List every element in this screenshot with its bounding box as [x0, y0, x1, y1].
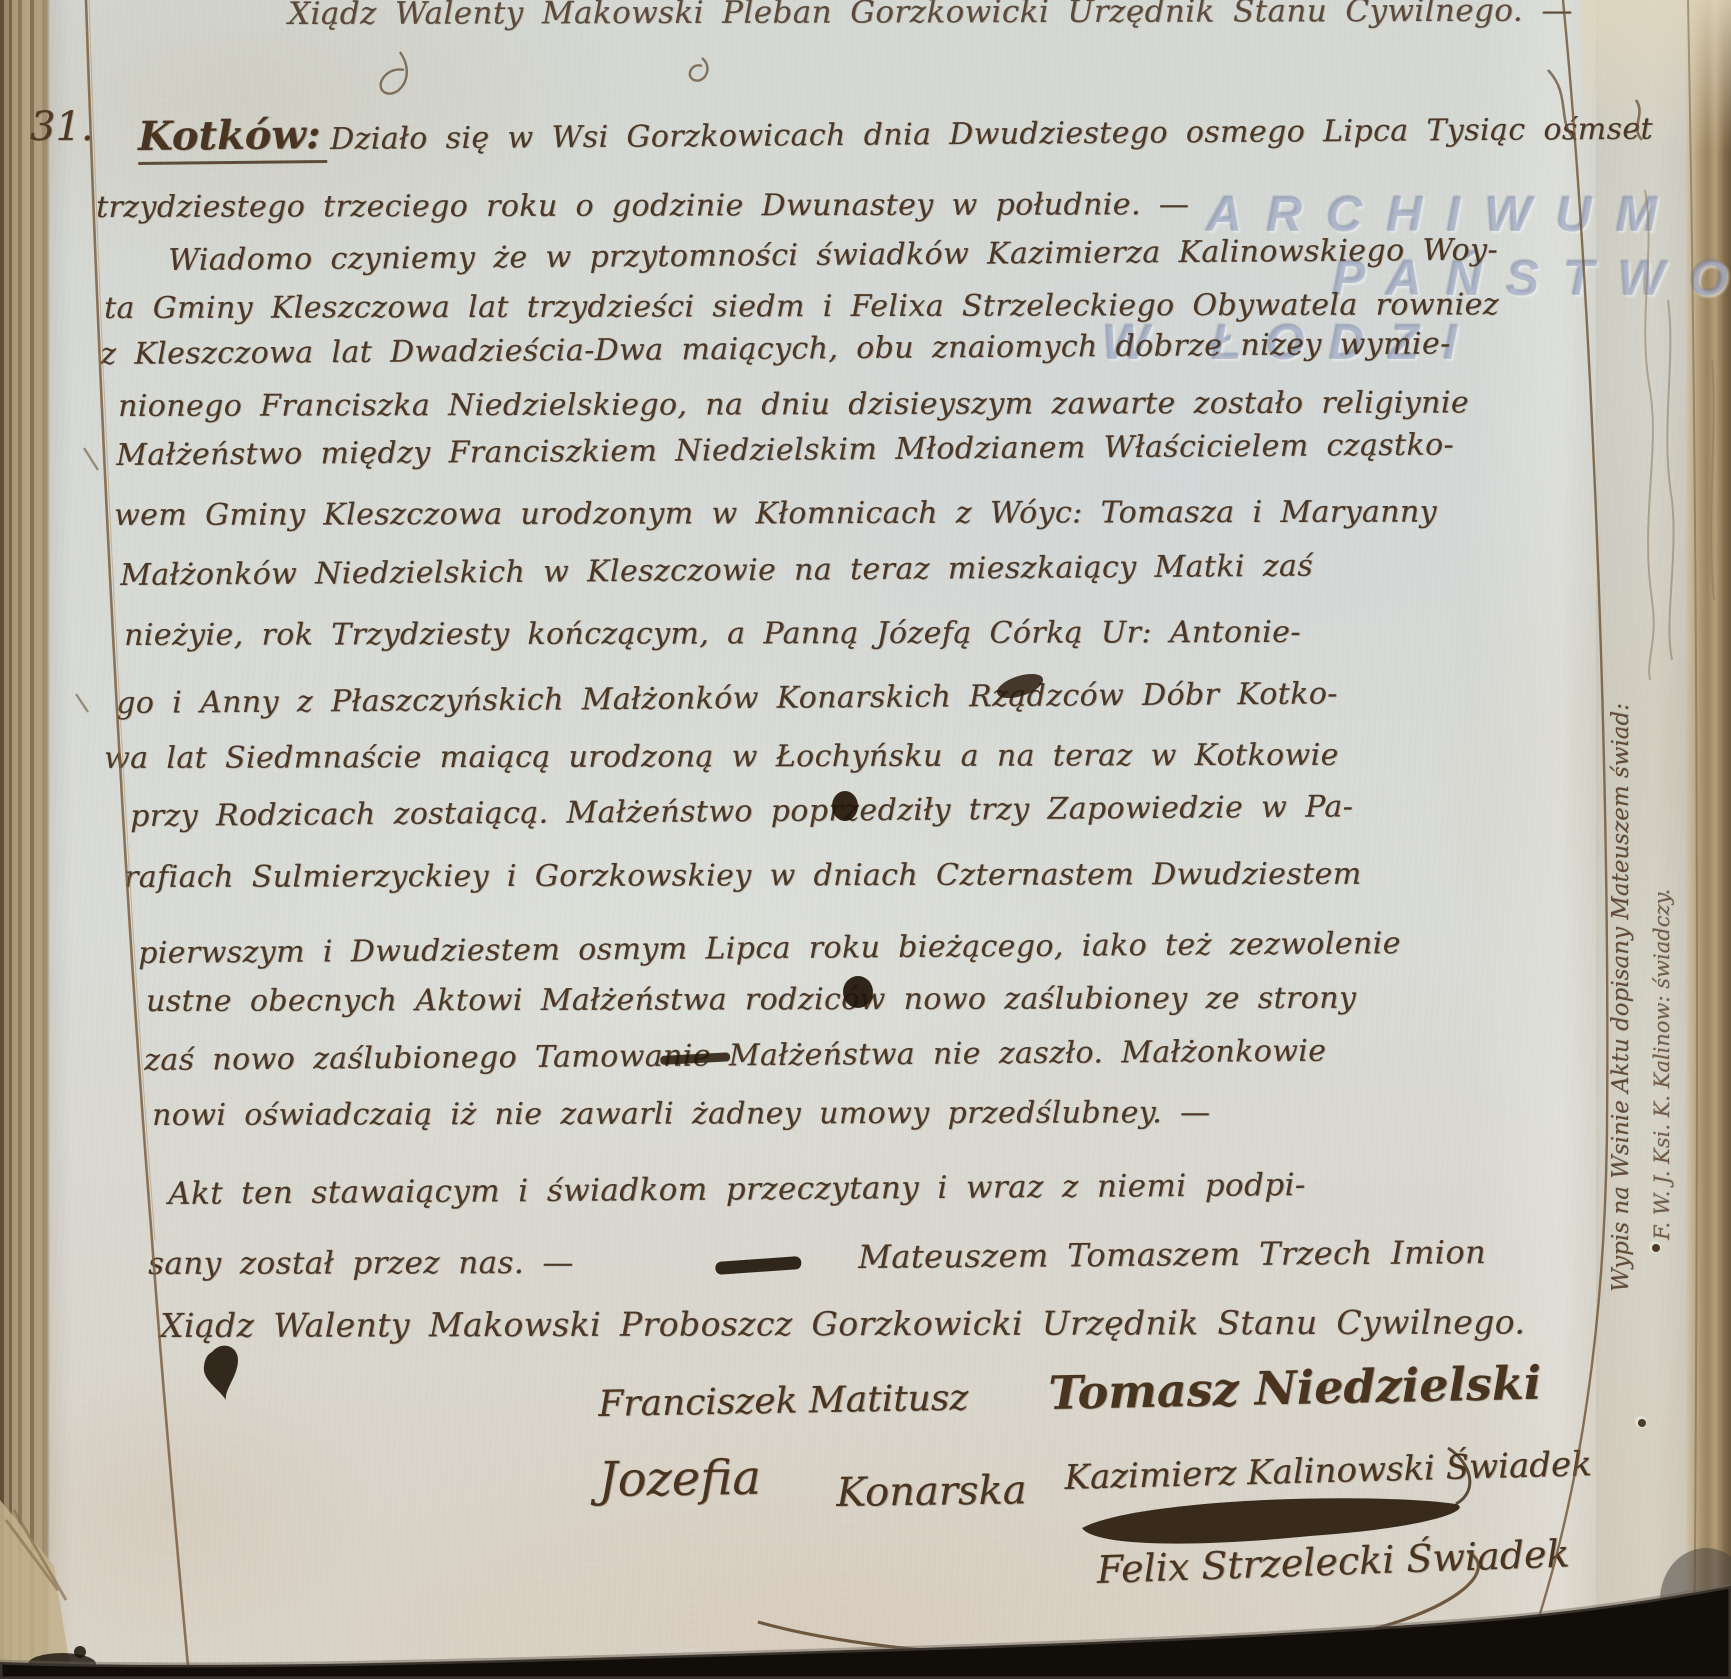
act-body-line: ta Gminy Kleszczowa lat trzydzieści sied… — [104, 287, 1499, 326]
act-body-line: nieżyie, rok Trzydziesty kończącym, a Pa… — [124, 615, 1301, 653]
register-page-scan: ARCHIWUM PAŃSTWOWE W ŁODZI Xiądz Walenty… — [0, 0, 1731, 1679]
act-body-line: nowi oświadczaią iż nie zawarli żadney u… — [152, 1095, 1210, 1133]
closing-line: Xiądz Walenty Makowski Proboszcz Gorzkow… — [160, 1302, 1525, 1345]
binding-shadow — [0, 0, 90, 1679]
act-body-line: wa lat Siedmnaście maiącą urodzoną w Łoc… — [104, 738, 1339, 776]
signature-bride-surname: Konarska — [836, 1467, 1027, 1516]
signature-groom-names: Franciszek Matitusz — [598, 1378, 969, 1425]
act-body-line: wem Gminy Kleszczowa urodzonym w Kłomnic… — [114, 495, 1437, 533]
previous-act-ending: Xiądz Walenty Makowski Pleban Gorzkowick… — [288, 0, 1573, 32]
margin-note-line-1: Wypis na Wsinie Aktu dopisany Mateuszem … — [1608, 582, 1634, 1292]
closing-line: Mateuszem Tomaszem Trzech Imion — [858, 1233, 1486, 1276]
closing-line: sany został przez nas. — — [148, 1245, 574, 1282]
place-heading: Kotków: — [138, 111, 327, 165]
act-number: 31. — [30, 104, 94, 150]
margin-note-line-2: F. W. J. Ksi. K. Kalinow: świadczy. — [1650, 610, 1674, 1240]
act-body-line: rafiach Sulmierzyckiey i Gorzkowskiey w … — [124, 857, 1362, 895]
right-page-edges — [1685, 0, 1731, 1679]
act-body-line: nionego Franciszka Niedzielskiego, na dn… — [118, 385, 1469, 424]
act-body-line: ustne obecnych Aktowi Małżeństwa rodzicó… — [146, 981, 1356, 1019]
signature-groom-surname: Tomasz Niedzielski — [1048, 1356, 1542, 1420]
signature-bride-firstname: Jozefia — [598, 1450, 761, 1508]
act-body-line: trzydziestego trzeciego roku o godzinie … — [96, 187, 1189, 225]
